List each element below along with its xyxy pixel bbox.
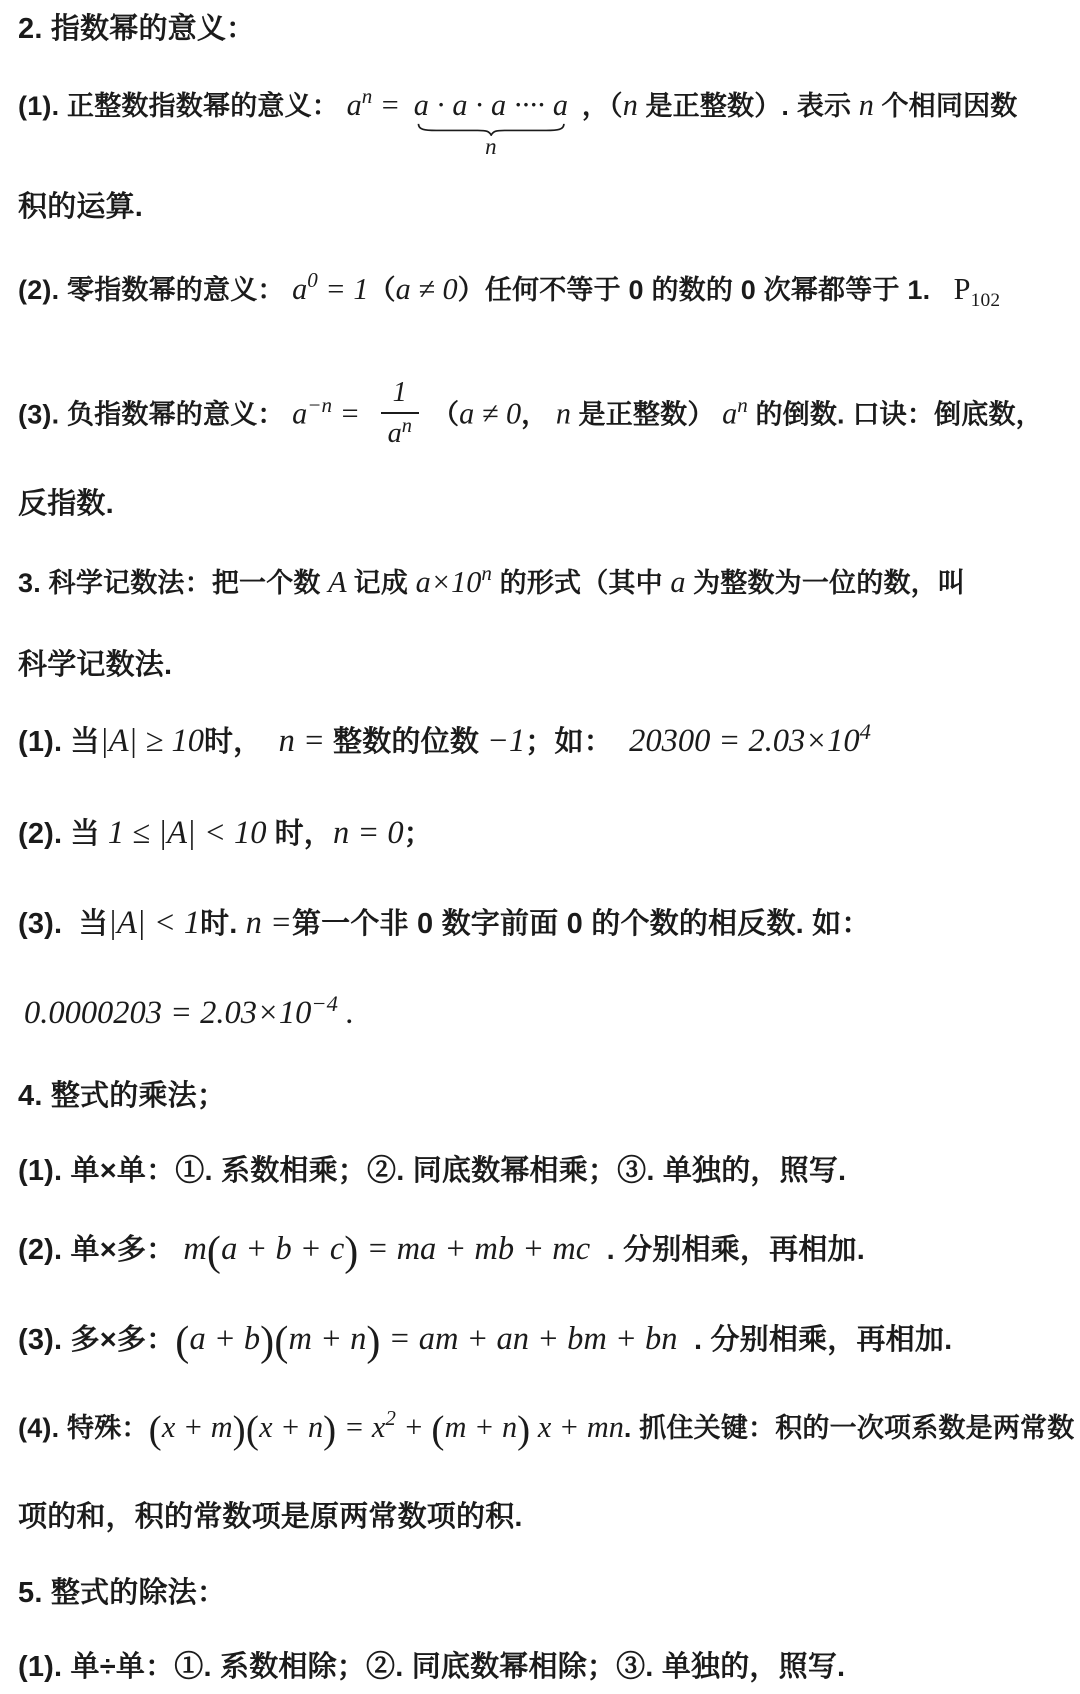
text-segment: 第一个非 0 数字前面 0 的个数的相反数. 如：: [292, 908, 871, 940]
text-segment: a: [663, 565, 693, 599]
text-segment: =: [372, 88, 408, 122]
item-positive-integer-exponent: (1). 正整数指数幂的意义： an = a · a · a ···· an ，…: [18, 84, 1017, 129]
text-segment: (1). 单×单：①. 系数相乘；②. 同底数幂相乘；③. 单独的，照写.: [18, 1155, 846, 1187]
text-segment: 个相同因数: [881, 91, 1017, 121]
text-segment: |A| ≥ 10: [100, 723, 204, 759]
text-segment: a: [285, 396, 308, 430]
text-segment: .: [338, 995, 354, 1031]
text-segment: (1). 正整数指数幂的意义：: [18, 91, 339, 121]
text-segment: = 1: [318, 272, 369, 306]
text-segment: n: [481, 561, 492, 585]
text-segment: 5. 整式的除法：: [18, 1577, 226, 1609]
text-segment: n: [737, 393, 748, 417]
text-segment: +: [396, 1410, 432, 1444]
text-segment: n: [623, 88, 646, 122]
text-segment: n: [548, 396, 578, 430]
text-segment: a: [715, 396, 738, 430]
text-segment: （: [432, 399, 459, 429]
item-mono-times-mono: (1). 单×单：①. 系数相乘；②. 同底数幂相乘；③. 单独的，照写.: [18, 1150, 846, 1192]
text-segment: 记成: [354, 568, 408, 598]
text-segment: (: [431, 1408, 444, 1451]
text-segment: |A| < 1: [108, 905, 200, 941]
heading-polynomial-multiplication: 4. 整式的乘法；: [18, 1075, 226, 1117]
text-segment: (: [175, 1319, 189, 1365]
text-segment: = ma + mb + mc: [358, 1231, 590, 1267]
text-segment: (1). 当: [18, 726, 100, 758]
item-negative-exponent: (3). 负指数幂的意义： a−n = 1an（a ≠ 0， n 是正整数） a…: [18, 380, 1043, 452]
underbrace-expression: a · a · a ···· an: [414, 84, 568, 126]
line-special-product-cont: 项的和，积的常数项是原两常数项的积.: [18, 1496, 523, 1538]
text-segment: (: [274, 1319, 288, 1365]
text-segment: −n: [307, 393, 332, 417]
text-segment: (: [246, 1408, 259, 1451]
item-mono-times-poly: (2). 单×多： m(a + b + c) = ma + mb + mc . …: [18, 1228, 865, 1271]
text-segment: ，: [521, 399, 548, 429]
text-segment: ): [323, 1408, 336, 1451]
text-segment: (4). 特殊：: [18, 1413, 149, 1443]
text-segment: x + n: [259, 1410, 323, 1444]
text-segment: （: [368, 275, 395, 305]
document-page: 2. 指数幂的意义：(1). 正整数指数幂的意义： an = a · a · a…: [0, 0, 1080, 1694]
text-segment: 的倒数. 口诀：倒底数，: [748, 399, 1043, 429]
text-segment: 为整数为一位的数，叫: [693, 568, 965, 598]
text-segment: = x: [336, 1410, 385, 1444]
text-segment: n = 0: [333, 815, 404, 851]
text-segment: (2). 当: [18, 818, 100, 850]
heading-scientific-notation: 3. 科学记数法：把一个数 A 记成 a×10n 的形式（其中 a 为整数为一位…: [18, 561, 965, 606]
text-segment: (3). 当: [18, 908, 108, 940]
text-segment: a + b: [190, 1321, 261, 1357]
text-segment: a + b + c: [221, 1231, 344, 1267]
text-segment: ）任何不等于 0 的数的 0 次幂都等于 1.: [458, 275, 931, 305]
text-segment: −1: [479, 723, 525, 759]
text-segment: (2). 单×多：: [18, 1234, 175, 1266]
item-special-product: (4). 特殊：(x + m)(x + n) = x2 + (m + n) x …: [18, 1406, 1074, 1451]
text-segment: 20300 = 2.03×10: [613, 723, 860, 759]
text-segment: ): [366, 1319, 380, 1365]
text-segment: 时，: [275, 818, 333, 850]
text-segment: (1). 单÷单：①. 系数相除；②. 同底数幂相除；③. 单独的，照写.: [18, 1651, 845, 1683]
text-segment: x + m: [162, 1410, 233, 1444]
text-segment: 积的运算.: [18, 191, 143, 223]
item-sci-case-1to10: (2). 当 1 ≤ |A| < 10 时，n = 0；: [18, 812, 433, 855]
text-segment: n =: [262, 723, 333, 759]
text-segment: 102: [971, 290, 1001, 311]
heading-exponent-meaning: 2. 指数幂的意义：: [18, 8, 255, 50]
text-segment: ；: [404, 818, 433, 850]
line-sci-example: 0.0000203 = 2.03×10−4 .: [24, 992, 354, 1037]
text-segment: ；如：: [525, 726, 613, 758]
text-segment: = am + an + bm + bn: [381, 1321, 678, 1357]
line-product-operation: 积的运算.: [18, 186, 143, 228]
text-segment: (3). 负指数幂的意义：: [18, 399, 285, 429]
text-segment: 0.0000203 = 2.03×10: [24, 995, 311, 1031]
item-sci-case-lt1: (3). 当|A| < 1时. n =第一个非 0 数字前面 0 的个数的相反数…: [18, 902, 871, 945]
text-segment: . 分别相乘，再相加.: [590, 1234, 865, 1266]
text-segment: 3. 科学记数法：把一个数: [18, 568, 321, 598]
text-segment: n =: [238, 905, 292, 941]
item-zero-exponent: (2). 零指数幂的意义： a0 = 1（a ≠ 0）任何不等于 0 的数的 0…: [18, 268, 1000, 315]
text-segment: n: [362, 84, 373, 108]
text-segment: 是正整数）. 表示: [645, 91, 851, 121]
fraction: 1an: [376, 377, 424, 449]
item-poly-times-poly: (3). 多×多：(a + b)(m + n) = am + an + bm +…: [18, 1318, 952, 1361]
text-segment: 的形式（其中: [492, 568, 663, 598]
item-mono-div-mono: (1). 单÷单：①. 系数相除；②. 同底数幂相除；③. 单独的，照写.: [18, 1646, 845, 1688]
text-segment: 科学记数法.: [18, 649, 172, 681]
text-segment: . 分别相乘，再相加.: [677, 1324, 952, 1356]
item-sci-case-ge10: (1). 当|A| ≥ 10时， n = 整数的位数 −1；如： 20300 =…: [18, 720, 871, 765]
text-segment: (: [149, 1408, 162, 1451]
text-segment: m: [175, 1231, 207, 1267]
text-segment: ): [517, 1408, 530, 1451]
text-segment: ): [344, 1229, 358, 1275]
text-segment: a: [388, 418, 402, 449]
text-segment: n: [851, 88, 881, 122]
text-segment: n: [402, 415, 412, 437]
underbrace-top-expression: a · a · a ···· a: [414, 84, 568, 126]
text-segment: 时，: [204, 726, 262, 758]
text-segment: x + mn: [530, 1410, 623, 1444]
text-segment: a ≠ 0: [459, 396, 521, 430]
fraction-numerator: 1: [381, 377, 419, 414]
text-segment: m + n: [289, 1321, 367, 1357]
text-segment: 2. 指数幂的意义：: [18, 13, 255, 45]
text-segment: 4. 整式的乘法；: [18, 1080, 226, 1112]
text-segment: A: [321, 565, 354, 599]
text-segment: a: [285, 272, 308, 306]
text-segment: a ≠ 0: [396, 272, 458, 306]
text-segment: 1 ≤ |A| < 10: [100, 815, 275, 851]
text-segment: (2). 零指数幂的意义：: [18, 275, 285, 305]
text-segment: 整数的位数: [333, 726, 479, 758]
text-segment: （: [609, 91, 623, 121]
text-segment: 反指数.: [18, 488, 114, 520]
text-segment: P: [930, 272, 970, 306]
text-segment: (3). 多×多：: [18, 1324, 175, 1356]
underbrace-label: n: [485, 136, 497, 159]
text-segment: 时.: [200, 908, 237, 940]
text-segment: a×10: [408, 565, 481, 599]
text-segment: a: [339, 88, 362, 122]
text-segment: 是正整数）: [579, 399, 715, 429]
text-segment: ): [260, 1319, 274, 1365]
line-scientific-notation-cont: 科学记数法.: [18, 644, 172, 686]
text-segment: =: [332, 396, 368, 430]
line-reciprocal-exponent: 反指数.: [18, 483, 114, 525]
text-segment: 2: [385, 1406, 396, 1430]
text-segment: ，: [574, 91, 609, 121]
text-segment: m + n: [445, 1410, 517, 1444]
text-segment: 项的和，积的常数项是原两常数项的积.: [18, 1501, 523, 1533]
fraction-denominator: an: [376, 414, 424, 449]
text-segment: −4: [311, 991, 338, 1016]
heading-polynomial-division: 5. 整式的除法：: [18, 1572, 226, 1614]
text-segment: . 抓住关键：积的一次项系数是两常数: [624, 1413, 1075, 1443]
text-segment: (: [207, 1229, 221, 1275]
text-segment: 0: [307, 268, 318, 292]
text-segment: 4: [860, 719, 871, 744]
text-segment: ): [233, 1408, 246, 1451]
